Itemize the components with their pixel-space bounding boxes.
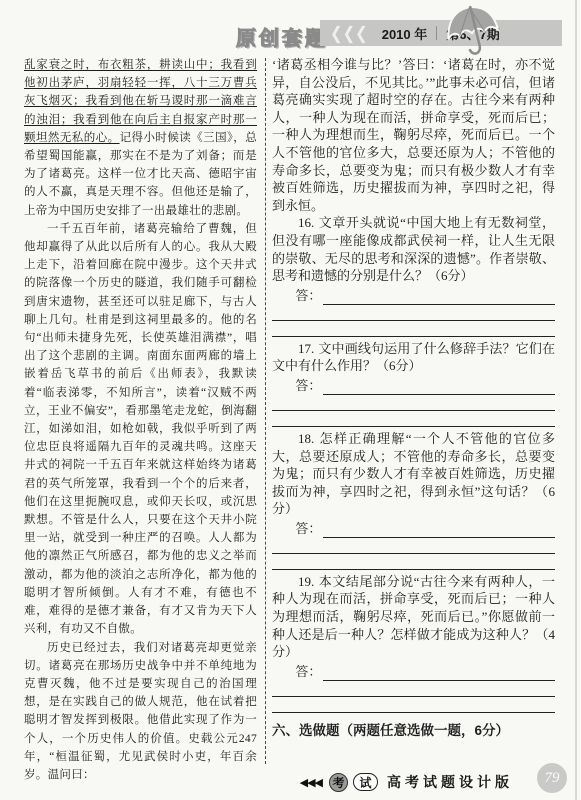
question-number: 18. <box>298 431 314 446</box>
essay-paragraph: 历史已经过去，我们对诸葛亮却更觉亲切。诸葛亮在那场历史战争中并不单纯地为克曹灭魏… <box>24 639 257 785</box>
question-block: 19.本文结尾部分说“古往今来有两种人，一种人为现在而活，拼命享受，死而后已；一… <box>272 573 555 713</box>
shi-badge: 试 <box>353 773 378 791</box>
answer-line <box>272 697 555 713</box>
column-logo: 原创套题 <box>236 22 328 51</box>
answer-line <box>272 321 555 337</box>
triple-arrow-icon: ◀◀◀ <box>300 776 322 789</box>
page-footer: ◀◀◀ 考 试 高考试题设计版 79 <box>300 769 567 795</box>
scan-edge <box>575 0 577 800</box>
question-block: 18.怎样正确理解“一个人不管他的官位多大，总要还原成人；不管他的寿命多长，总要… <box>272 430 555 570</box>
page-header: 原创套题 ❮❮❮ 2010 年 第6、7期 <box>0 18 581 52</box>
header-year: 2010 年 <box>382 24 428 43</box>
answer-row: 答： <box>272 286 555 305</box>
question-block: 16.文章开头就说“中国大地上有无数祠堂，但没有哪一座能像成都武侯祠一样，让人生… <box>272 214 555 336</box>
paragraph-text: 一千五百年前，诸葛亮输给了曹魏，但他却赢得了从此以后所有人的心。我从大殿上走下，… <box>24 223 257 635</box>
answer-line <box>323 375 555 395</box>
question-body: 文中画线句运用了什么修辞手法？它们在文中有什么作用？（6分） <box>272 341 555 374</box>
question-body: 本文结尾部分说“古往今来有两种人，一种人为现在而活，拼命享受，死而后已；一种人为… <box>272 574 555 659</box>
answer-row: 答： <box>272 662 555 681</box>
questions-right-column: ‘诸葛丞相今谁与比？’答曰：‘诸葛在时，亦不觉异，自公没后，不见其比。’”此事未… <box>272 56 555 766</box>
kao-badge: 考 <box>329 773 348 792</box>
page-number: 79 <box>537 763 567 793</box>
column-divider <box>265 58 266 764</box>
question-block: 17.文中画线句运用了什么修辞手法？它们在文中有什么作用？（6分）答： <box>272 340 555 427</box>
answer-line <box>323 518 555 538</box>
question-text: 18.怎样正确理解“一个人不管他的官位多大，总要还原成人；不管他的寿命多长，总要… <box>272 430 555 518</box>
question-number: 16. <box>298 215 314 230</box>
question-number: 19. <box>298 574 314 589</box>
answer-row: 答： <box>272 376 555 395</box>
question-text: 17.文中画线句运用了什么修辞手法？它们在文中有什么作用？（6分） <box>272 340 555 375</box>
answer-label: 答： <box>295 287 321 305</box>
answer-line <box>272 411 555 427</box>
question-list: 16.文章开头就说“中国大地上有无数祠堂，但没有哪一座能像成都武侯祠一样，让人生… <box>272 214 555 713</box>
question-text: 16.文章开头就说“中国大地上有无数祠堂，但没有哪一座能像成都武侯祠一样，让人生… <box>272 214 555 284</box>
divider <box>436 26 437 40</box>
question-number: 17. <box>298 341 314 356</box>
paragraph-text: 记得小时候读《三国》，总希望蜀国能赢，那实在不是为了刘备；而是为了诸葛亮。这样一… <box>24 132 257 217</box>
question-body: 文章开头就说“中国大地上有无数祠堂，但没有哪一座能像成都武侯祠一样，让人生无限的… <box>272 215 555 283</box>
footer-title: 高考试题设计版 <box>387 772 513 792</box>
answer-label: 答： <box>295 377 321 395</box>
section-heading: 六、选做题（两题任意选做一题，6分） <box>272 722 555 740</box>
answer-line <box>272 554 555 570</box>
answer-line <box>323 285 555 305</box>
answer-label: 答： <box>295 663 321 681</box>
article-continuation: ‘诸葛丞相今谁与比？’答曰：‘诸葛在时，亦不觉异，自公没后，不见其比。’”此事未… <box>272 56 555 214</box>
essay-paragraph: 一千五百年前，诸葛亮输给了曹魏，但他却赢得了从此以后所有人的心。我从大殿上走下，… <box>24 220 257 639</box>
answer-line <box>272 681 555 697</box>
answer-line <box>272 538 555 554</box>
answer-line <box>272 395 555 411</box>
header-bar: ❮❮❮ 2010 年 第6、7期 <box>320 20 562 46</box>
answer-line <box>272 305 555 321</box>
answer-label: 答： <box>295 520 321 538</box>
answer-line <box>323 661 555 681</box>
essay-paragraph: 乱家衰之时，布衣粗茶，耕读山中；我看到他初出茅庐，羽扇轻轻一挥，八十三万曹兵灰飞… <box>24 56 257 220</box>
article-left-column: 乱家衰之时，布衣粗茶，耕读山中；我看到他初出茅庐，羽扇轻轻一挥，八十三万曹兵灰飞… <box>24 56 257 766</box>
question-body: 怎样正确理解“一个人不管他的官位多大，总要还原成人；不管他的寿命多长，总要变为鬼… <box>272 431 555 516</box>
answer-row: 答： <box>272 519 555 538</box>
triple-chevron-icon: ❮❮❮ <box>330 23 368 44</box>
exam-page: 原创套题 ❮❮❮ 2010 年 第6、7期 乱家衰之时，布衣粗茶，耕读山中；我看… <box>0 0 581 800</box>
paragraph-text: 历史已经过去，我们对诸葛亮却更觉亲切。诸葛亮在那场历史战争中并不单纯地为克曹灭魏… <box>24 642 257 781</box>
question-text: 19.本文结尾部分说“古往今来有两种人，一种人为现在而活，拼命享受，死而后已；一… <box>272 573 555 661</box>
page-body: 乱家衰之时，布衣粗茶，耕读山中；我看到他初出茅庐，羽扇轻轻一挥，八十三万曹兵灰飞… <box>24 56 555 766</box>
